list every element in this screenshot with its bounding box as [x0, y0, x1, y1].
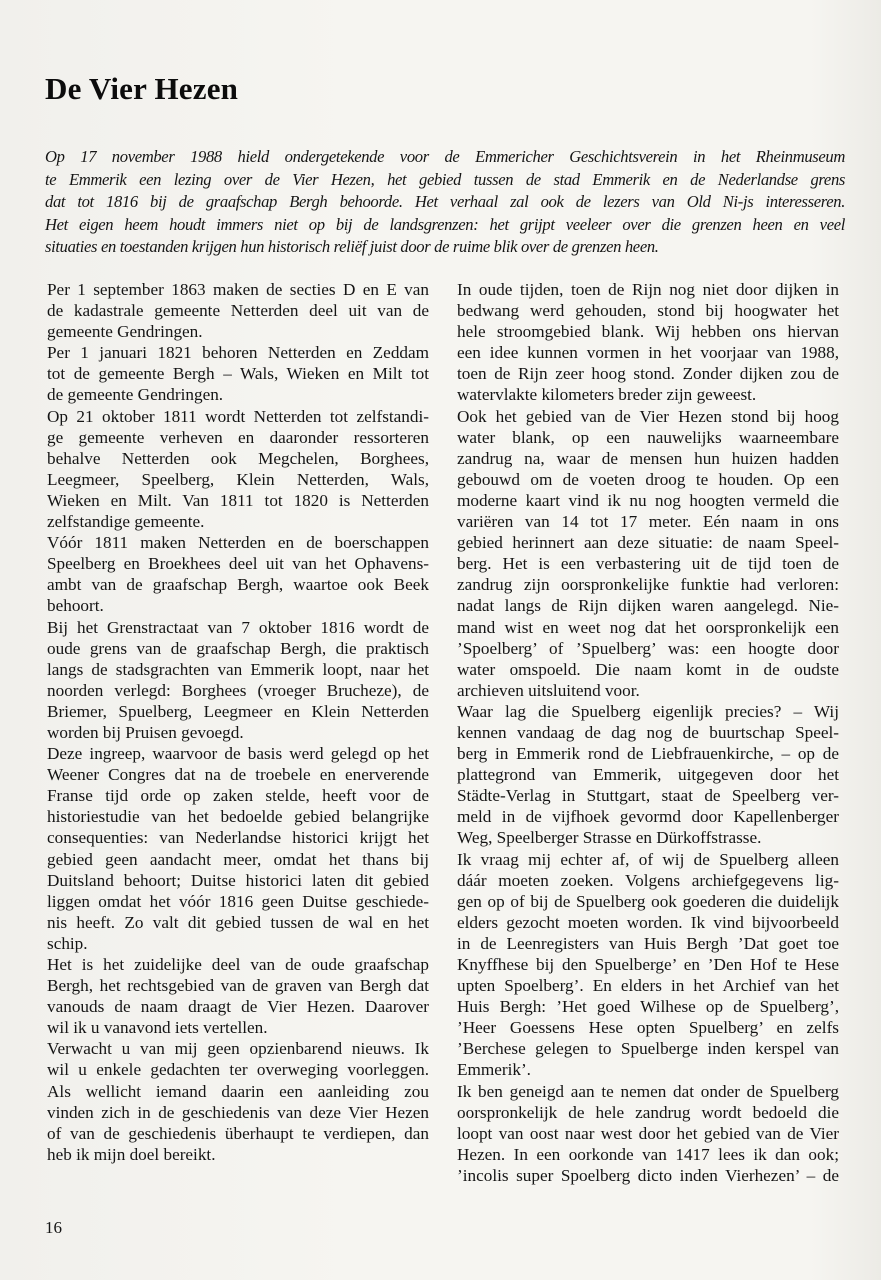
text-line: Wieken en Milt. Van 1811 tot 1820 is Net…: [47, 490, 429, 511]
text-line: mand wist en weet nog dat het oorspronke…: [457, 617, 839, 638]
text-line: oorspronkelijk de hele zandrug wordt bed…: [457, 1102, 839, 1123]
text-line: Deze ingreep, waarvoor de basis werd gel…: [47, 743, 429, 764]
text-line: een idee kunnen vormen in het voorjaar v…: [457, 342, 839, 363]
intro-line: Op 17 november 1988 hield ondergetekende…: [45, 146, 845, 169]
text-line: schip.: [47, 933, 429, 954]
text-line: liggen omdat het vóór 1816 geen Duitse g…: [47, 891, 429, 912]
text-line: wil ik u vanavond iets vertellen.: [47, 1017, 429, 1038]
text-line: Knyffhese bij den Spuelberge’ en ’Den Ho…: [457, 954, 839, 975]
text-line: Bergh, het rechtsgebied van de graven va…: [47, 975, 429, 996]
book-page: De Vier Hezen Op 17 november 1988 hield …: [0, 0, 881, 1280]
text-line: ge gemeente verheven en daaronder ressor…: [47, 427, 429, 448]
text-line: variëren van 14 tot 17 meter. Eén naam i…: [457, 511, 839, 532]
text-line: behoort.: [47, 595, 429, 616]
text-line: berg in Emmerik rond de Liebfrauenkirche…: [457, 743, 839, 764]
text-line: Duitsland behoort; Duitse historici late…: [47, 870, 429, 891]
text-line: zandrug na, waar de mensen hun huizen ha…: [457, 448, 839, 469]
text-line: Briemer, Spuelberg, Leegmeer en Klein Ne…: [47, 701, 429, 722]
text-line: ambt van de graafschap Bergh, waartoe oo…: [47, 574, 429, 595]
text-line: noorden verlegd: Borghees (vroeger Bruch…: [47, 680, 429, 701]
text-line: elders gezocht moeten worden. Ik vind bi…: [457, 912, 839, 933]
page-number: 16: [45, 1218, 62, 1238]
text-line: nis heeft. Zo valt dit gebied tussen de …: [47, 912, 429, 933]
text-line: Ook het gebied van de Vier Hezen stond b…: [457, 406, 839, 427]
text-line: zandrug zijn oorspronkelijke funktie had…: [457, 574, 839, 595]
text-line: water omspoeld. Die naam komt in de ouds…: [457, 659, 839, 680]
text-line: bedwang werd gehouden, stond bij hoogwat…: [457, 300, 839, 321]
text-line: de gemeente Gendringen.: [47, 384, 429, 405]
text-line: of van de geschiedenis überhaupt te verd…: [47, 1123, 429, 1144]
text-line: Waar lag die Spuelberg eigenlijk precies…: [457, 701, 839, 722]
text-line: tot de gemeente Bergh – Wals, Wieken en …: [47, 363, 429, 384]
text-line: Franse tijd orde op zaken stelde, heeft …: [47, 785, 429, 806]
text-line: water blank, op een nauwelijks waarneemb…: [457, 427, 839, 448]
text-line: Huis Bergh: ’Het goed Wilhese op de Spue…: [457, 996, 839, 1017]
text-line: Ik vraag mij echter af, of wij de Spuelb…: [457, 849, 839, 870]
text-line: ’Heer Goessens Hese opten Spuelberg’ en …: [457, 1017, 839, 1038]
text-line: worden bij Pruisen gevoegd.: [47, 722, 429, 743]
text-line: watervlakte kilometers breder zijn gewee…: [457, 384, 839, 405]
text-line: Städte-Verlag in Stuttgart, staat de Spe…: [457, 785, 839, 806]
text-line: zelfstandige gemeente.: [47, 511, 429, 532]
text-line: In oude tijden, toen de Rijn nog niet do…: [457, 279, 839, 300]
text-line: heb ik mijn doel bereikt.: [47, 1144, 429, 1165]
text-line: loopt van oost naar west door het gebied…: [457, 1123, 839, 1144]
text-line: gebied herinnert aan deze situatie: de n…: [457, 532, 839, 553]
text-line: de kadastrale gemeente Netterden deel ui…: [47, 300, 429, 321]
text-line: Speelberg en Broekhees deel uit van het …: [47, 553, 429, 574]
text-line: archieven uitsluitend voor.: [457, 680, 839, 701]
text-line: Bij het Grenstractaat van 7 oktober 1816…: [47, 617, 429, 638]
intro-line: Het eigen heem houdt immers niet op bij …: [45, 214, 845, 237]
text-line: dáár moeten zoeken. Volgens archiefgegev…: [457, 870, 839, 891]
text-line: upten Spoelberg’. En elders in het Archi…: [457, 975, 839, 996]
text-line: vinden zich in de geschiedenis van deze …: [47, 1102, 429, 1123]
right-column: In oude tijden, toen de Rijn nog niet do…: [457, 279, 839, 1186]
text-line: Hezen. In een oorkonde van 1417 lees ik …: [457, 1144, 839, 1165]
intro-line: situaties en toestanden krijgen hun hist…: [45, 236, 845, 259]
text-line: gen op of bij de Spuelberg ook goederen …: [457, 891, 839, 912]
text-line: Het is het zuidelijke deel van de oude g…: [47, 954, 429, 975]
text-line: Emmerik’.: [457, 1059, 839, 1080]
text-line: kennen vandaag de dag nog de buurtschap …: [457, 722, 839, 743]
text-line: in de Leenregisters van Huis Bergh ’Dat …: [457, 933, 839, 954]
text-line: Weg, Speelberger Strasse en Dürkoffstras…: [457, 827, 839, 848]
text-line: Leegmeer, Speelberg, Klein Netterden, Wa…: [47, 469, 429, 490]
text-line: moderne kaart vind ik nu nog hoogten ver…: [457, 490, 839, 511]
text-line: ’incolis super Spoelberg dicto inden Vie…: [457, 1165, 839, 1186]
text-line: ’Spoelberg’ of ’Spuelberg’ was: een hoog…: [457, 638, 839, 659]
text-line: behalve Netterden ook Megchelen, Borghee…: [47, 448, 429, 469]
text-line: gebouwd om de voeten droog te houden. Op…: [457, 469, 839, 490]
text-line: consequenties: van Nederlandse historici…: [47, 827, 429, 848]
text-line: Vóór 1811 maken Netterden en de boerscha…: [47, 532, 429, 553]
text-line: Per 1 september 1863 maken de secties D …: [47, 279, 429, 300]
text-line: vanouds de naam draagt de Vier Hezen. Da…: [47, 996, 429, 1017]
text-line: nadat langs de Rijn dijken waren aangele…: [457, 595, 839, 616]
text-line: meld in de vijfhoek gevormd door Kapelle…: [457, 806, 839, 827]
article-intro: Op 17 november 1988 hield ondergetekende…: [45, 146, 845, 259]
article-title: De Vier Hezen: [45, 70, 238, 108]
text-line: berg. Het is een verbastering uit de tij…: [457, 553, 839, 574]
text-line: hele stroomgebied blank. Wij hebben ons …: [457, 321, 839, 342]
intro-line: te Emmerik een lezing over de Vier Hezen…: [45, 169, 845, 192]
text-line: Weener Congres dat na de troebele en ene…: [47, 764, 429, 785]
text-line: gemeente Gendringen.: [47, 321, 429, 342]
text-line: toen de Rijn zeer hoog stond. Zonder dij…: [457, 363, 839, 384]
left-column: Per 1 september 1863 maken de secties D …: [47, 279, 429, 1165]
text-line: Op 21 oktober 1811 wordt Netterden tot z…: [47, 406, 429, 427]
text-line: plattegrond van Emmerik, uitgegeven door…: [457, 764, 839, 785]
text-line: ’Berchese gelegen to Spuelberge inden ke…: [457, 1038, 839, 1059]
text-line: oude grens van de graafschap Bergh, die …: [47, 638, 429, 659]
intro-line: dat tot 1816 bij de graafschap Bergh beh…: [45, 191, 845, 214]
text-line: Per 1 januari 1821 behoren Netterden en …: [47, 342, 429, 363]
text-line: Verwacht u van mij geen opzienbarend nie…: [47, 1038, 429, 1059]
text-line: Ik ben geneigd aan te nemen dat onder de…: [457, 1081, 839, 1102]
text-line: Als wellicht iemand daarin een aanleidin…: [47, 1081, 429, 1102]
text-line: langs de stadsgrachten van Emmerik loopt…: [47, 659, 429, 680]
text-line: historiestudie van het bedoelde gebied b…: [47, 806, 429, 827]
text-line: gebied geen aandacht meer, omdat het tha…: [47, 849, 429, 870]
text-line: wil u enkele gedachten ter overweging vo…: [47, 1059, 429, 1080]
